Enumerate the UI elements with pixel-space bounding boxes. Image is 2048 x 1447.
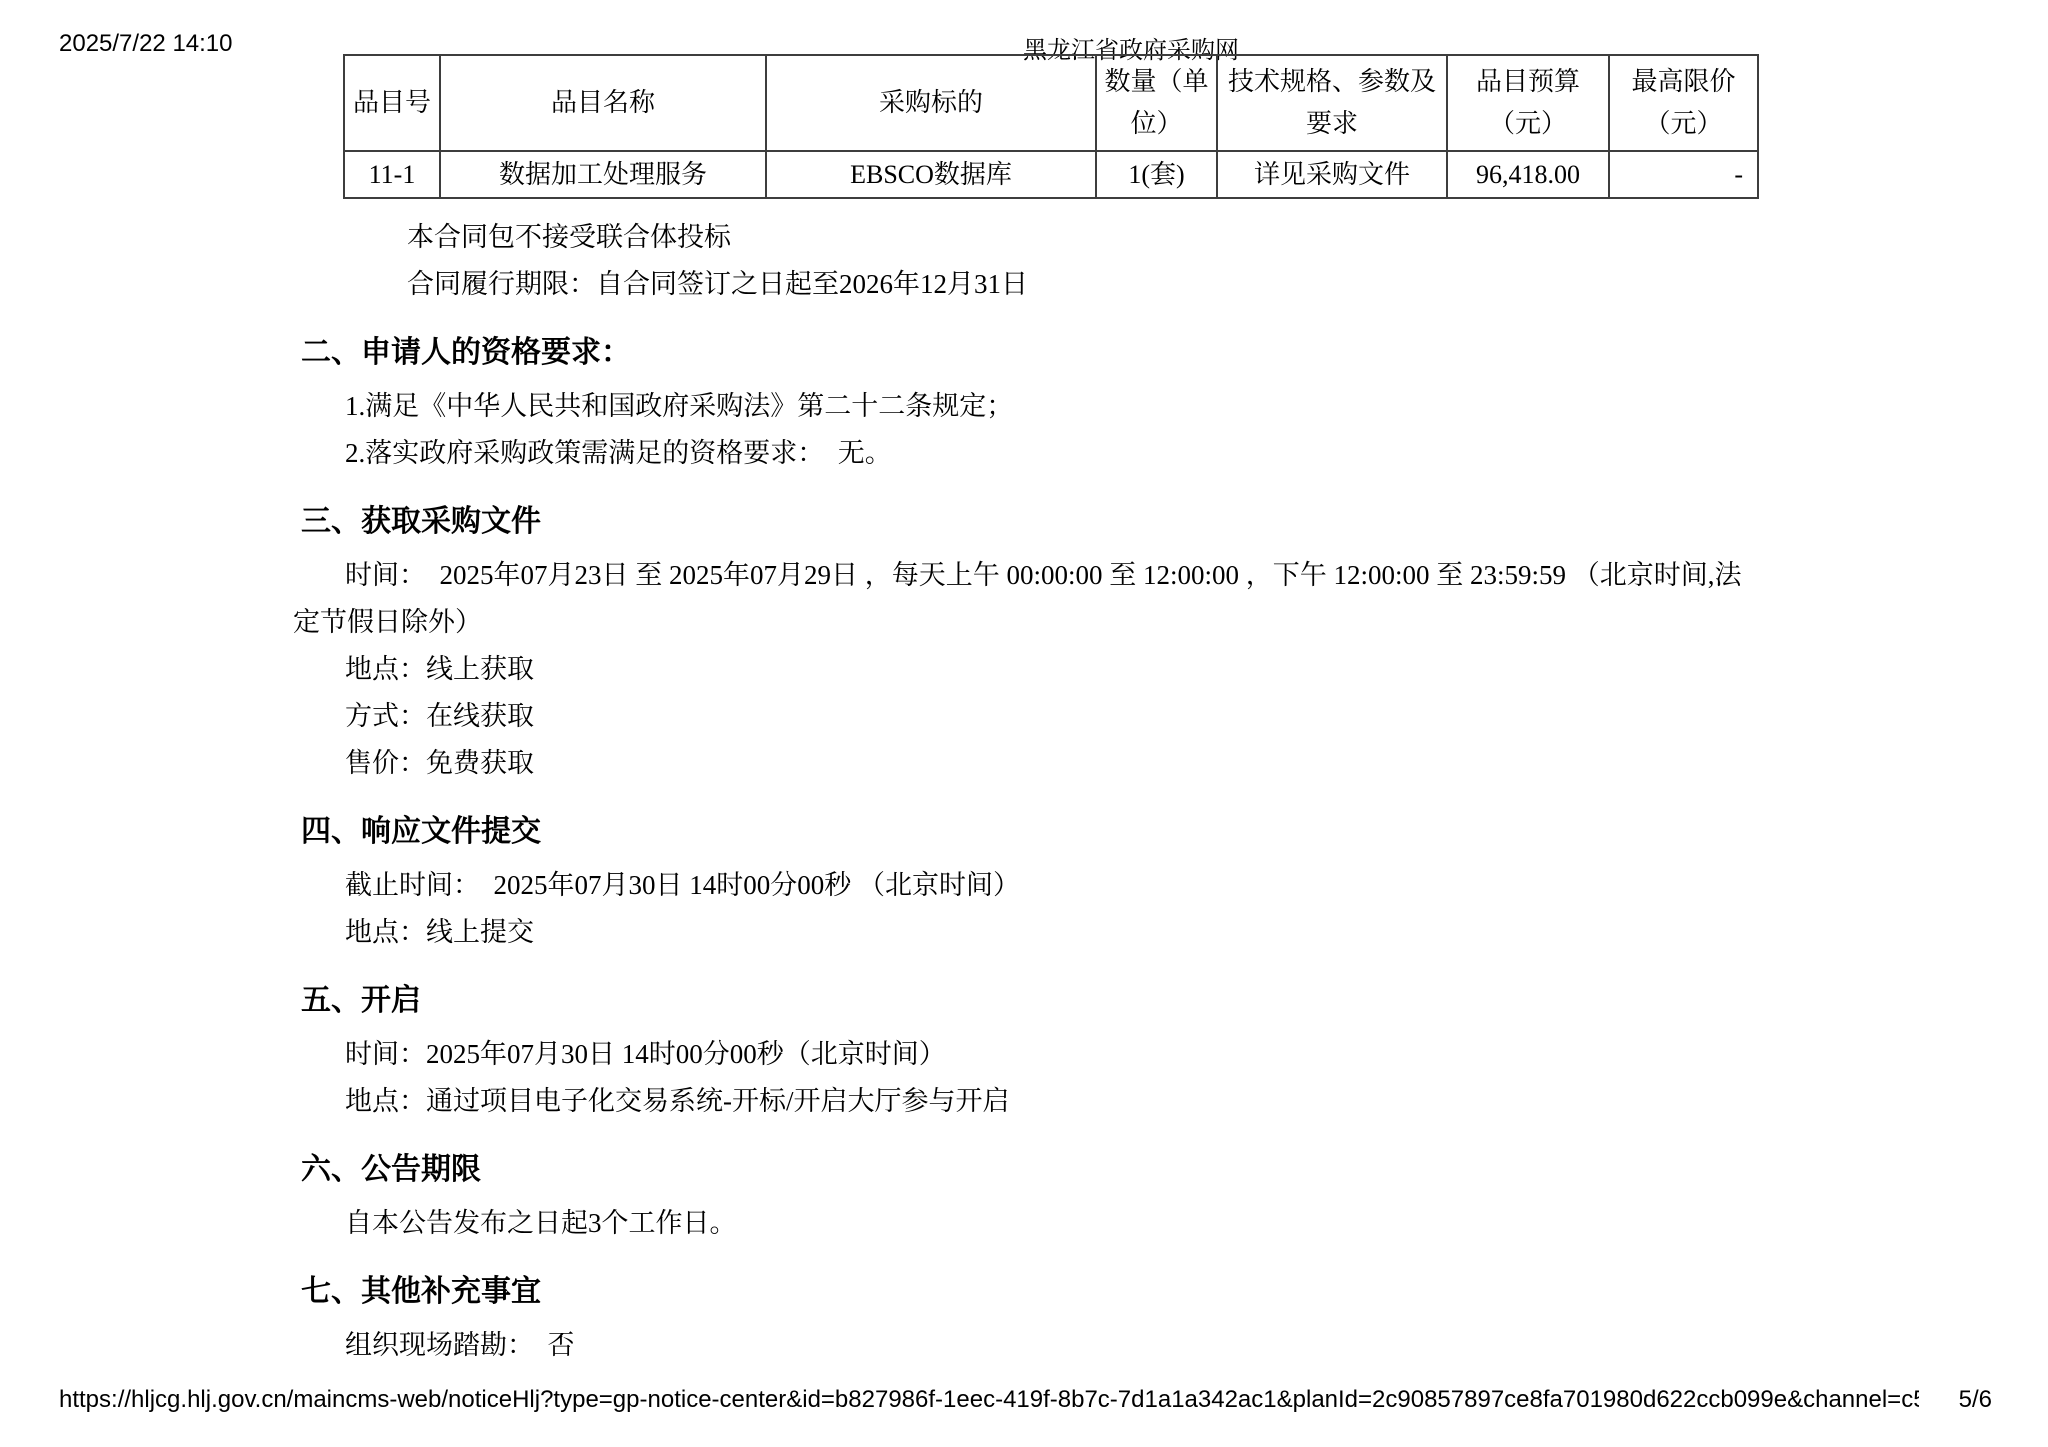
section-line: 地点：通过项目电子化交易系统-开标/开启大厅参与开启 [293, 1078, 1757, 1125]
cell-item-name: 数据加工处理服务 [440, 151, 766, 198]
section-line: 自本公告发布之日起3个工作日。 [293, 1200, 1757, 1247]
col-header-item-no: 品目号 [344, 55, 440, 151]
table-row: 11-1 数据加工处理服务 EBSCO数据库 1(套) 详见采购文件 96,41… [344, 151, 1758, 198]
section-line: 截止时间： 2025年07月30日 14时00分00秒 （北京时间） [293, 862, 1757, 909]
section-heading-opening: 五、开启 [293, 976, 1757, 1026]
contract-note-consortium: 本合同包不接受联合体投标 [293, 214, 1757, 261]
section-line: 方式：在线获取 [293, 693, 1757, 740]
cell-procurement-target: EBSCO数据库 [766, 151, 1096, 198]
section-line: 售价：免费获取 [293, 740, 1757, 787]
table-header-row: 品目号 品目名称 采购标的 数量（单 位） 技术规格、参数及 要求 品目预算 （… [344, 55, 1758, 151]
cell-item-no: 11-1 [344, 151, 440, 198]
section-line: 1.满足《中华人民共和国政府采购法》第二十二条规定； [293, 383, 1757, 430]
print-footer: https://hljcg.hlj.gov.cn/maincms-web/not… [59, 1386, 1992, 1414]
section-line: 时间： 2025年07月23日 至 2025年07月29日 ，每天上午 00:0… [293, 552, 1757, 646]
section-line: 2.落实政府采购政策需满足的资格要求： 无。 [293, 430, 1757, 477]
col-header-procurement-target: 采购标的 [766, 55, 1096, 151]
col-header-item-name: 品目名称 [440, 55, 766, 151]
col-header-budget: 品目预算 （元） [1447, 55, 1609, 151]
section-line: 地点：线上获取 [293, 646, 1757, 693]
col-header-quantity-unit: 数量（单 位） [1096, 55, 1217, 151]
col-header-max-price: 最高限价 （元） [1609, 55, 1758, 151]
section-line: 组织现场踏勘： 否 [293, 1322, 1757, 1369]
section-heading-qualifications: 二、申请人的资格要求： [293, 328, 1757, 378]
document-body: 本合同包不接受联合体投标 合同履行期限：自合同签订之日起至2026年12月31日… [293, 214, 1757, 1369]
print-footer-page-indicator: 5/6 [1919, 1386, 1992, 1414]
procurement-items-table: 品目号 品目名称 采购标的 数量（单 位） 技术规格、参数及 要求 品目预算 （… [343, 54, 1759, 199]
cell-budget: 96,418.00 [1447, 151, 1609, 198]
cell-quantity-unit: 1(套) [1096, 151, 1217, 198]
col-header-tech-specs: 技术规格、参数及 要求 [1217, 55, 1447, 151]
section-heading-announcement-period: 六、公告期限 [293, 1145, 1757, 1195]
print-footer-url: https://hljcg.hlj.gov.cn/maincms-web/not… [59, 1386, 1919, 1414]
section-heading-other-matters: 七、其他补充事宜 [293, 1267, 1757, 1317]
section-line: 时间：2025年07月30日 14时00分00秒（北京时间） [293, 1031, 1757, 1078]
cell-max-price: - [1609, 151, 1758, 198]
section-line: 地点：线上提交 [293, 909, 1757, 956]
print-header-datetime: 2025/7/22 14:10 [59, 30, 233, 58]
cell-tech-specs: 详见采购文件 [1217, 151, 1447, 198]
contract-note-performance-period: 合同履行期限：自合同签订之日起至2026年12月31日 [293, 261, 1757, 308]
section-heading-response-submission: 四、响应文件提交 [293, 807, 1757, 857]
print-preview-page: 2025/7/22 14:10 黑龙江省政府采购网 品目号 品目名称 采购标的 … [0, 0, 2048, 1447]
section-heading-obtain-documents: 三、获取采购文件 [293, 497, 1757, 547]
